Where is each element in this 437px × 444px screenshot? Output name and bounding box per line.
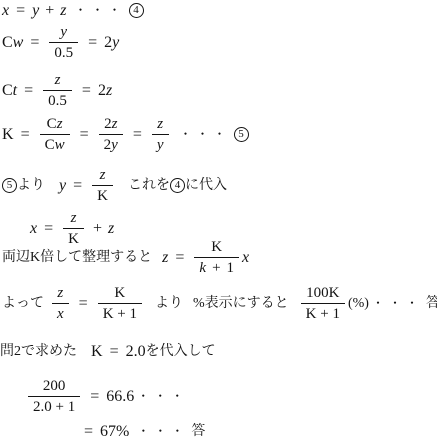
equals-sign: =	[175, 249, 184, 267]
fraction-denominator: 2.0 + 1	[28, 396, 80, 416]
jp-text-yotte: よって	[2, 296, 44, 311]
fraction-numerator: y	[55, 23, 72, 42]
equation-line-3: C t = z 0.5 = 2 z	[2, 71, 112, 110]
fraction-denominator: Cw	[40, 134, 70, 154]
equals-sign: =	[110, 343, 119, 361]
math-solution-document: x = y + z ・・・ 4 C w = y 0.5 = 2 y C t = …	[0, 0, 437, 444]
fraction-denominator: K + 1	[301, 303, 345, 323]
math-var-y: y	[32, 2, 39, 20]
fraction-denominator: x	[52, 303, 69, 323]
jp-text-answer: 答	[426, 296, 437, 311]
text-line-multiply-both-sides: 両辺K倍して整理すると z = K k+1 x	[2, 238, 249, 277]
math-var-z: z	[57, 115, 63, 133]
equals-sign: =	[30, 34, 39, 52]
equals-sign: =	[44, 220, 53, 238]
math-coefficient: 2	[98, 82, 106, 100]
equals-sign: =	[90, 388, 99, 406]
math-var-x: x	[242, 249, 249, 267]
circled-number-4: 4	[170, 178, 185, 193]
equals-sign: =	[88, 34, 97, 52]
math-number-1: 1	[227, 259, 235, 277]
ellipsis-dots: ・・・	[137, 390, 188, 403]
fraction: z K	[92, 166, 113, 205]
plus-sign: +	[212, 259, 220, 277]
fraction: z 0.5	[43, 71, 72, 110]
ellipsis-dots: ・・・	[137, 425, 188, 438]
jp-text-yori: より	[155, 296, 183, 311]
equation-line-1: x = y + z ・・・ 4	[2, 2, 144, 20]
fraction-numerator: z	[152, 115, 168, 134]
math-final-value: 67%	[100, 423, 129, 441]
math-var-z: z	[108, 220, 114, 238]
jp-text-yori: より	[17, 178, 45, 193]
fraction-numerator: K	[109, 284, 130, 303]
fraction: z y	[152, 115, 169, 154]
fraction-numerator: 2z	[99, 115, 122, 134]
plus-sign: +	[93, 220, 102, 238]
jp-text-percent-display: %表示にすると	[193, 296, 289, 311]
math-var-z: z	[112, 115, 118, 133]
fraction-numerator: 200	[38, 377, 71, 396]
fraction: Cz Cw	[40, 115, 70, 154]
equals-sign: =	[16, 2, 25, 20]
circled-number-4: 4	[129, 3, 144, 18]
fraction: K k+1	[194, 238, 239, 277]
equation-line-4: K = Cz Cw = 2z 2y = z y ・・・ 5	[2, 115, 249, 154]
math-symbol-C: C	[45, 136, 55, 154]
jp-text-dainyu: を代入して	[146, 344, 216, 359]
fraction-denominator: 0.5	[49, 42, 78, 62]
equals-sign: =	[80, 126, 89, 144]
fraction: y 0.5	[49, 23, 78, 62]
equals-sign: =	[133, 126, 142, 144]
fraction-denominator: K + 1	[98, 303, 142, 323]
jp-text-answer: 答	[191, 424, 205, 439]
math-symbol-C: C	[2, 82, 13, 100]
math-coefficient: 2	[104, 115, 112, 133]
percent-unit: (%)	[348, 296, 369, 311]
math-symbol-C: C	[2, 34, 13, 52]
equation-line-2: C w = y 0.5 = 2 y	[2, 23, 119, 62]
equals-sign: =	[82, 82, 91, 100]
math-var-k: k	[199, 259, 206, 277]
math-coefficient: 2	[104, 34, 112, 52]
math-var-t: t	[13, 82, 17, 100]
fraction-denominator: 2y	[99, 134, 123, 154]
fraction-denominator: y	[152, 134, 169, 154]
math-var-w: w	[55, 136, 65, 154]
math-var-z: z	[162, 249, 168, 267]
fraction-numerator: K	[206, 238, 227, 257]
text-line-substitute-k: 問2で求めた K = 2.0 を代入して	[0, 343, 216, 361]
plus-sign: +	[45, 2, 54, 20]
math-var-w: w	[13, 34, 24, 52]
math-var-x: x	[30, 220, 37, 238]
math-symbol-C: C	[47, 115, 57, 133]
fraction-denominator: 0.5	[43, 90, 72, 110]
math-value-k: 2.0	[126, 343, 146, 361]
fraction: z x	[52, 284, 69, 323]
equals-sign: =	[84, 423, 93, 441]
fraction: 100K K + 1	[301, 284, 345, 323]
fraction-denominator: k+1	[194, 257, 239, 277]
equals-sign: =	[79, 295, 88, 313]
math-var-z: z	[60, 2, 66, 20]
jp-text-nidainyu: に代入	[185, 178, 227, 193]
fraction: K K + 1	[98, 284, 142, 323]
fraction-numerator: 100K	[301, 284, 344, 303]
fraction-numerator: z	[95, 166, 111, 185]
fraction-numerator: Cz	[42, 115, 68, 134]
fraction-denominator: K	[92, 185, 113, 205]
math-symbol-K: K	[2, 126, 14, 144]
text-line-substitution: 5 より y = z K これを 4 に代入	[2, 166, 227, 205]
ellipsis-dots: ・・・	[372, 297, 423, 310]
circled-number-5: 5	[234, 127, 249, 142]
equals-sign: =	[24, 82, 33, 100]
circled-number-5: 5	[2, 178, 17, 193]
equals-sign: =	[21, 126, 30, 144]
math-var-y: y	[59, 177, 66, 195]
jp-text-korewo: これを	[128, 178, 170, 193]
fraction-numerator: z	[66, 209, 82, 228]
math-var-y: y	[112, 34, 119, 52]
equals-sign: =	[73, 177, 82, 195]
text-line-conclusion: よって z x = K K + 1 より %表示にすると 100K K + 1 …	[2, 284, 437, 323]
ellipsis-dots: ・・・	[180, 128, 231, 141]
fraction-numerator: z	[52, 284, 68, 303]
jp-text-ryouhen: 両辺K倍して整理すると	[2, 250, 152, 265]
math-symbol-K: K	[91, 343, 103, 361]
math-var-x: x	[2, 2, 9, 20]
final-answer-line: = 67% ・・・ 答	[84, 423, 205, 441]
calculation-line: 200 2.0 + 1 = 66.6 ・・・	[25, 377, 191, 416]
fraction: 200 2.0 + 1	[28, 377, 80, 416]
math-var-z: z	[106, 82, 112, 100]
math-var-y: y	[111, 136, 118, 154]
fraction: 2z 2y	[99, 115, 123, 154]
jp-text-question2: 問2で求めた	[0, 344, 77, 359]
math-result-value: 66.6	[106, 388, 134, 406]
fraction-numerator: z	[50, 71, 66, 90]
ellipsis-dots: ・・・	[75, 4, 126, 17]
